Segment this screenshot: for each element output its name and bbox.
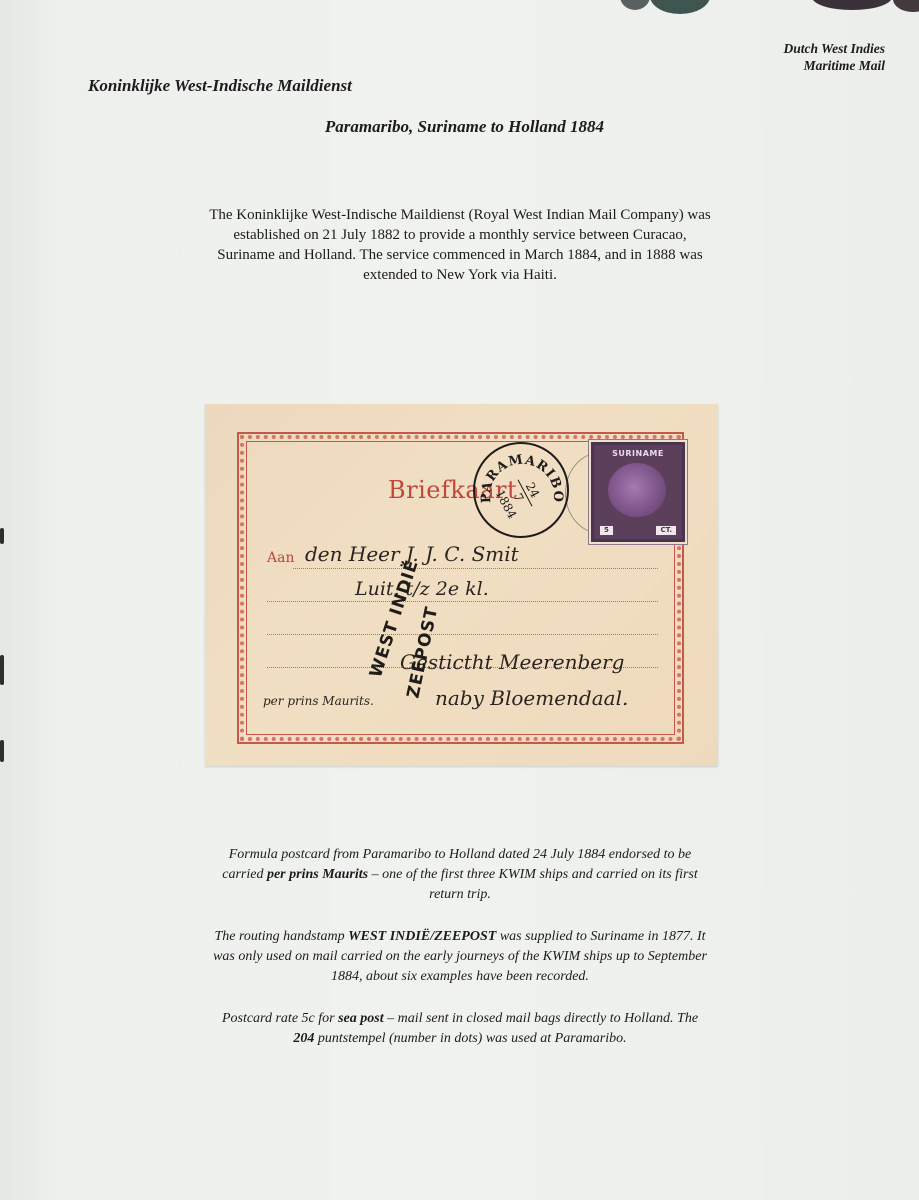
stamp-currency: CT.	[656, 526, 676, 535]
caption-paragraph: Postcard rate 5c for sea post – mail sen…	[210, 1009, 710, 1049]
scan-artifact	[620, 0, 650, 10]
series-title: Dutch West Indies Maritime Mail	[783, 40, 885, 74]
scan-artifact	[812, 0, 892, 10]
handwritten-address-line: Luit. t/z 2e kl.	[355, 578, 489, 600]
caption-emphasis: sea post	[338, 1011, 384, 1026]
page-subtitle: Paramaribo, Suriname to Holland 1884	[0, 117, 919, 137]
postcard-to-label: Aan	[267, 550, 294, 566]
postcard-caption: Formula postcard from Paramaribo to Holl…	[210, 845, 710, 1071]
caption-paragraph: Formula postcard from Paramaribo to Holl…	[210, 845, 710, 905]
caption-emphasis: WEST INDIË/ZEEPOST	[348, 929, 496, 944]
scan-artifact	[0, 740, 4, 762]
handwritten-address-line: Gestictht Meerenberg	[400, 650, 624, 674]
address-line	[267, 634, 658, 635]
scan-artifact	[0, 655, 4, 685]
circular-date-postmark: PARAMARIBO 24 7 1884	[473, 442, 569, 538]
svg-text:1884: 1884	[493, 487, 520, 521]
scan-artifact	[650, 0, 710, 14]
caption-emphasis: 204	[293, 1031, 314, 1046]
series-title-line: Dutch West Indies	[783, 40, 885, 57]
stamp-portrait	[608, 463, 666, 517]
stamp-value: 5	[600, 526, 613, 535]
scan-artifact	[893, 0, 919, 12]
postmark-graphic: PARAMARIBO 24 7 1884	[473, 442, 569, 538]
caption-emphasis: per prins Maurits	[267, 867, 368, 882]
stamp-country: SURINAME	[598, 448, 678, 460]
address-line	[293, 568, 658, 569]
section-title: Koninklijke West-Indische Maildienst	[88, 76, 352, 96]
postcard-image: Briefkaart Aan den Heer J. J. C. Smit Lu…	[205, 404, 718, 766]
postage-stamp: SURINAME 5 CT.	[591, 442, 685, 542]
handwritten-address-line: naby Bloemendaal.	[435, 686, 628, 710]
intro-paragraph: The Koninklijke West-Indische Maildienst…	[205, 205, 715, 285]
scan-artifact	[0, 528, 4, 544]
address-line	[267, 601, 658, 602]
caption-paragraph: The routing handstamp WEST INDIË/ZEEPOST…	[210, 927, 710, 987]
handwritten-endorsement: per prins Maurits.	[263, 694, 374, 708]
series-title-line: Maritime Mail	[783, 57, 885, 74]
